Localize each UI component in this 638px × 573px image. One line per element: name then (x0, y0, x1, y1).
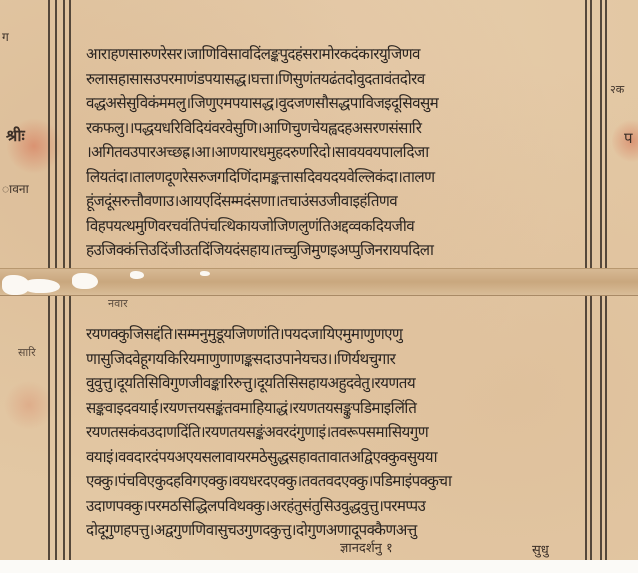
manuscript-page: ग श्रीः ावना २क प आराहणसारुणरेसर।जाणिविस… (0, 0, 638, 560)
text-line: एक्कु।पंचविएकुदहविगएक्कु।वयधरदएक्कु।तवतव… (86, 469, 572, 494)
folio-bottom-text: रयणक्कुजिसद्दंति।सम्मनुमुडूयजिणणंति।पयदज… (86, 322, 582, 543)
margin-note-shri: श्रीः (6, 124, 25, 146)
tear-hole (200, 271, 210, 276)
text-line: वुवुत्तु।दूयतिसिविगुणजीवङ्कारिरुत्तु।दूय… (86, 371, 572, 396)
text-line: विहपयत्थमुणिवरचवंतिपंचत्थिकायजोजिणलुणंति… (86, 214, 572, 239)
text-line: ।अगितवउपारअच्छह्र।आ।आणयारधमुहदरुणरिदो।सा… (86, 140, 572, 165)
text-line: दोदूगुणहपत्तु।अद्वगुणणिवासुचउगुणदकुत्तु।… (86, 518, 572, 543)
tear-hole (24, 279, 60, 293)
margin-note-bottom-left: सारि (18, 345, 36, 360)
text-line: रुलासहासासउपरमाणंडपयासद्ध।घत्ता।णिसुणंतय… (86, 67, 572, 92)
margin-note-left: ावना (2, 180, 29, 197)
tear-hole (130, 271, 144, 279)
text-line: रकफलु।।पद्धयधरिविदियंवरवेसुणि।आणिचुणचेयह… (86, 116, 572, 141)
text-line: हूंजदूंसरुत्तौवणाउ।आयएदिंसम्मदंसणा।तचाउं… (86, 189, 572, 214)
text-line: वद्धअसेसुविकंममलु।जिणुएमपयासद्ध।वुदजणसौस… (86, 91, 572, 116)
folio-top-text: आराहणसारुणरेसर।जाणिविसावदिंलङ्कपुदहंसराम… (86, 42, 582, 263)
text-line: उदाणपक्कु।परमठसिद्धिलपविथक्कु।अरहंतुसंतु… (86, 494, 572, 519)
margin-note-right-2: प (624, 128, 633, 148)
text-line: हउजिक्कंत्तिउदिंजीउतदिंजियदंसहाय।तच्चुजि… (86, 238, 572, 263)
footer-colophon-right: सुधु (532, 540, 549, 558)
folio-fold-tear (0, 268, 638, 296)
text-line: सङ्कवाइदवयाई।रयणत्तयसङ्कंतवमाहियाद्धं।रय… (86, 396, 572, 421)
text-line: रयणक्कुजिसद्दंति।सम्मनुमुडूयजिणणंति।पयदज… (86, 322, 572, 347)
margin-note-top-left: ग (2, 28, 9, 45)
text-line: णासुजिदवेहूगयकिरियमाणुणाणङ्कसदाउपानेयचउ।… (86, 347, 572, 372)
red-stain (4, 380, 54, 430)
text-line: वयाइं।ववदारदंपयअएयसलावायरमठेसुद्धसहावताव… (86, 445, 572, 470)
text-line: रयणतसकंवउदाणदिंति।रयणतयसङ्कंअवरदंगुणाइं।… (86, 420, 572, 445)
text-line: लियतंदा।तालणदूणरेसरुजगदिणिंदामङ्कत्तासदि… (86, 165, 572, 190)
tear-hole (72, 273, 98, 289)
folio-header-note: नवार (108, 296, 128, 311)
footer-colophon-left: ज्ञानदर्शनु १ (340, 538, 393, 556)
margin-note-right: २क (610, 82, 624, 97)
text-line: आराहणसारुणरेसर।जाणिविसावदिंलङ्कपुदहंसराम… (86, 42, 572, 67)
photo-bottom-edge (0, 560, 638, 573)
